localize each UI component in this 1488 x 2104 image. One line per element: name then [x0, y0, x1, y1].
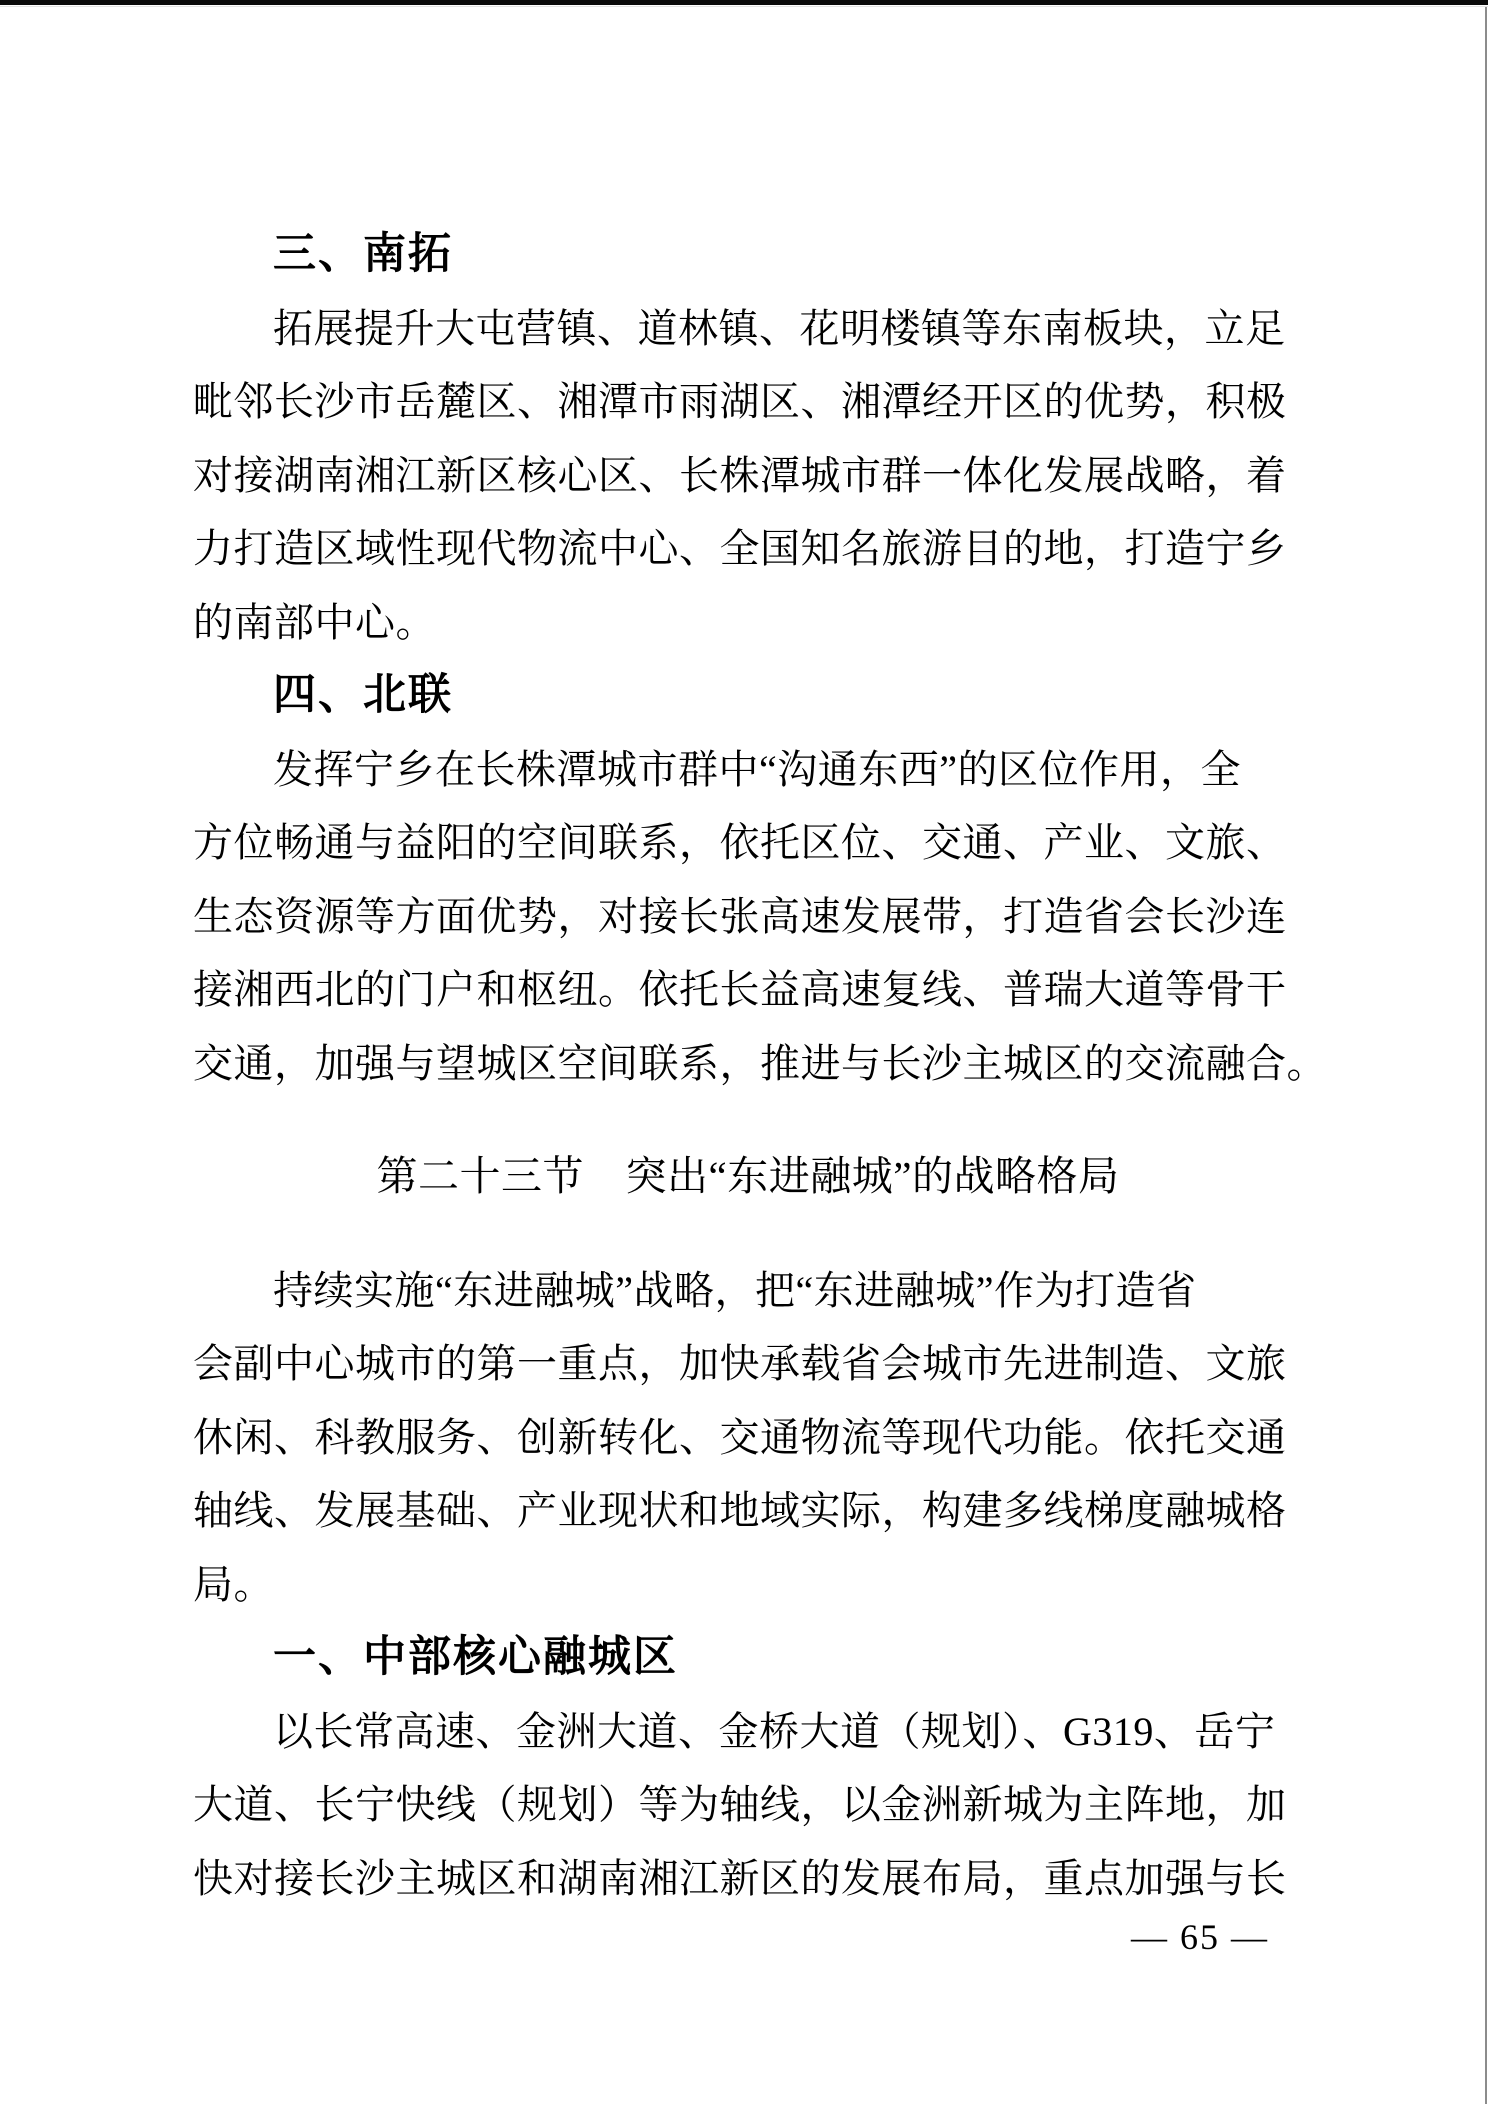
paragraph-line: 会副中心城市的第一重点，加快承载省会城市先进制造、文旅 — [193, 1327, 1303, 1401]
page-right-border — [1485, 7, 1487, 2104]
paragraph-line: 轴线、发展基础、产业现状和地域实际，构建多线梯度融城格 — [193, 1474, 1303, 1548]
paragraph-line: 拓展提升大屯营镇、道林镇、花明楼镇等东南板块，立足 — [193, 292, 1303, 366]
paragraph-line: 的南部中心。 — [193, 586, 1303, 660]
section-heading: 第二十三节 突出“东进融城”的战略格局 — [193, 1140, 1303, 1214]
paragraph-line: 交通，加强与望城区空间联系，推进与长沙主城区的交流融合。 — [193, 1027, 1303, 1101]
paragraph-line: 毗邻长沙市岳麓区、湘潭市雨湖区、湘潭经开区的优势，积极 — [193, 365, 1303, 439]
paragraph-line: 发挥宁乡在长株潭城市群中“沟通东西”的区位作用，全 — [193, 733, 1303, 807]
paragraph-line: 力打造区域性现代物流中心、全国知名旅游目的地，打造宁乡 — [193, 512, 1303, 586]
paragraph-line: 大道、长宁快线（规划）等为轴线，以金洲新城为主阵地，加 — [193, 1768, 1303, 1842]
paragraph-line: 接湘西北的门户和枢纽。依托长益高速复线、普瑞大道等骨干 — [193, 953, 1303, 1027]
paragraph-line: 休闲、科教服务、创新转化、交通物流等现代功能。依托交通 — [193, 1401, 1303, 1475]
paragraph-line: 快对接长沙主城区和湖南湘江新区的发展布局，重点加强与长 — [193, 1842, 1303, 1916]
paragraph-line: 方位畅通与益阳的空间联系，依托区位、交通、产业、文旅、 — [193, 806, 1303, 880]
subsection-heading-north: 四、北联 — [193, 659, 1303, 733]
document-text-block: 三、南拓 拓展提升大屯营镇、道林镇、花明楼镇等东南板块，立足 毗邻长沙市岳麓区、… — [193, 218, 1303, 1959]
document-page: 三、南拓 拓展提升大屯营镇、道林镇、花明楼镇等东南板块，立足 毗邻长沙市岳麓区、… — [0, 0, 1488, 2104]
paragraph-line: 持续实施“东进融城”战略，把“东进融城”作为打造省 — [193, 1254, 1303, 1328]
page-top-divider — [0, 6, 1488, 7]
subsection-heading-south: 三、南拓 — [193, 218, 1303, 292]
paragraph-line: 局。 — [193, 1548, 1303, 1622]
subsection-heading-central-core: 一、中部核心融城区 — [193, 1621, 1303, 1695]
paragraph-line: 以长常高速、金洲大道、金桥大道（规划）、G319、岳宁 — [193, 1695, 1303, 1769]
window-top-edge — [0, 0, 1488, 5]
paragraph-line: 对接湖南湘江新区核心区、长株潭城市群一体化发展战略，着 — [193, 439, 1303, 513]
paragraph-line: 生态资源等方面优势，对接长张高速发展带，打造省会长沙连 — [193, 880, 1303, 954]
page-number: — 65 — — [193, 1915, 1303, 1959]
